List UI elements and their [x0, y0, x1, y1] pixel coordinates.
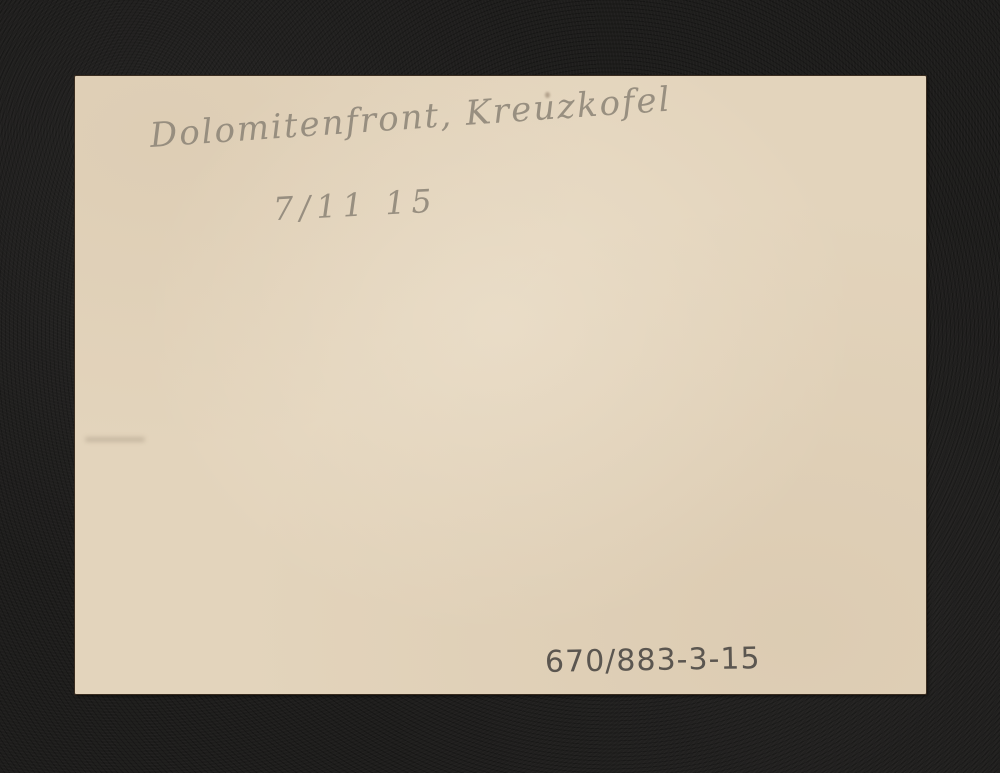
catalog-number: 670/883-3-15 [545, 641, 761, 680]
pencil-smudge [85, 437, 145, 442]
handwritten-date: 7/11 15 [272, 182, 439, 229]
photo-card-back: Dolomitenfront, Kreuzkofel 7/11 15 670/8… [75, 76, 926, 694]
handwritten-caption: Dolomitenfront, Kreuzkofel [149, 80, 673, 156]
